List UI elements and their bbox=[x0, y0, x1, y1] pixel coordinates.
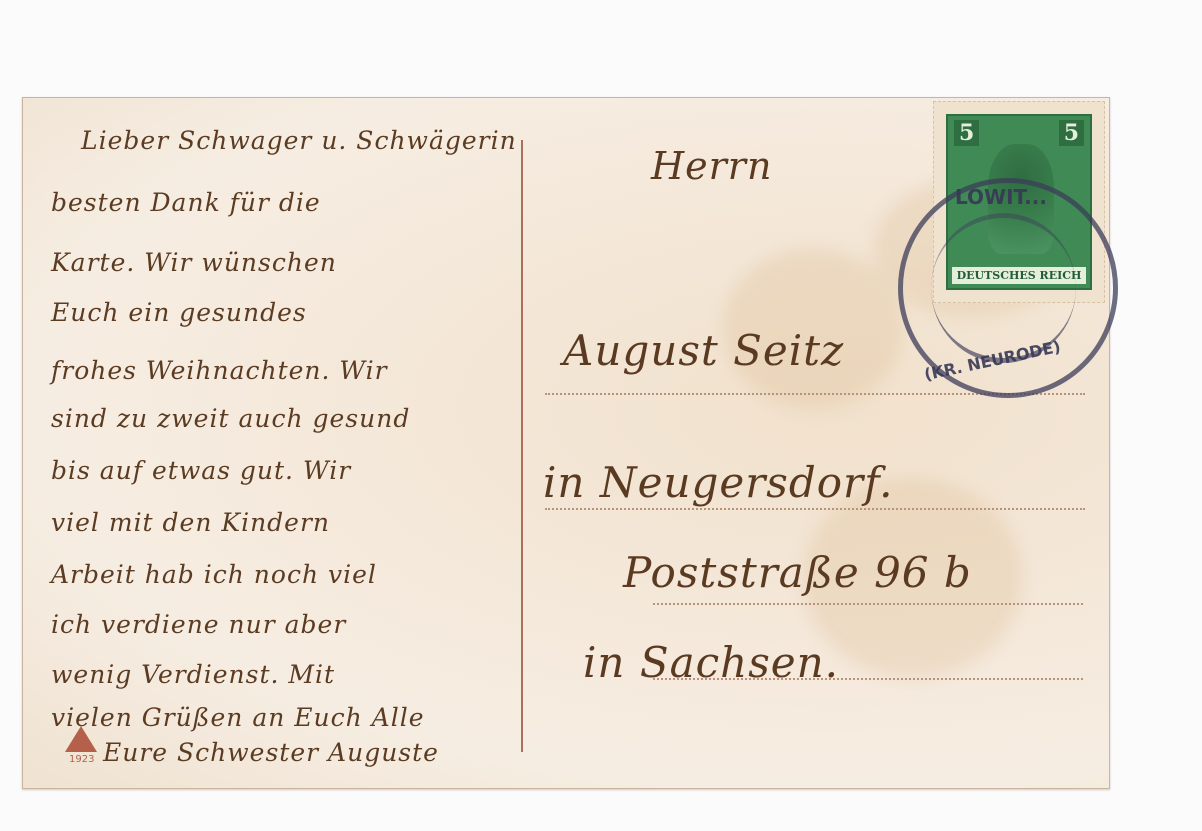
postcard: Lieber Schwager u. Schwägerin besten Dan… bbox=[22, 97, 1110, 789]
message-line: frohes Weihnachten. Wir bbox=[51, 356, 388, 385]
message-line: bis auf etwas gut. Wir bbox=[51, 456, 351, 485]
stamp-value: 5 bbox=[1059, 120, 1084, 146]
card-divider-line bbox=[521, 140, 523, 752]
address-dotted-line bbox=[653, 678, 1083, 680]
postmark-town: LOWIT... bbox=[955, 185, 1047, 209]
address-dotted-line bbox=[653, 603, 1083, 605]
address-line: in Neugersdorf. bbox=[543, 458, 894, 507]
message-line: Lieber Schwager u. Schwägerin bbox=[81, 126, 517, 155]
message-line: vielen Grüßen an Euch Alle bbox=[51, 703, 425, 732]
message-signature: Eure Schwester Auguste bbox=[103, 738, 439, 767]
publisher-triangle-logo-icon bbox=[65, 726, 97, 752]
message-line: ich verdiene nur aber bbox=[51, 610, 346, 639]
address-line: Poststraße 96 b bbox=[623, 548, 972, 597]
address-line: August Seitz bbox=[563, 326, 844, 375]
message-line: Karte. Wir wünschen bbox=[51, 248, 337, 277]
recipient-heading: Herrn bbox=[651, 144, 772, 188]
message-line: Arbeit hab ich noch viel bbox=[51, 560, 377, 589]
message-line: Euch ein gesundes bbox=[51, 298, 307, 327]
message-line: viel mit den Kindern bbox=[51, 508, 330, 537]
stamp-value: 5 bbox=[954, 120, 979, 146]
address-dotted-line bbox=[545, 508, 1085, 510]
postmark: LOWIT... (KR. NEURODE) bbox=[898, 178, 1118, 398]
message-line: wenig Verdienst. Mit bbox=[51, 660, 335, 689]
publisher-mark: 1923 bbox=[69, 754, 94, 765]
message-line: sind zu zweit auch gesund bbox=[51, 404, 410, 433]
message-line: besten Dank für die bbox=[51, 188, 321, 217]
